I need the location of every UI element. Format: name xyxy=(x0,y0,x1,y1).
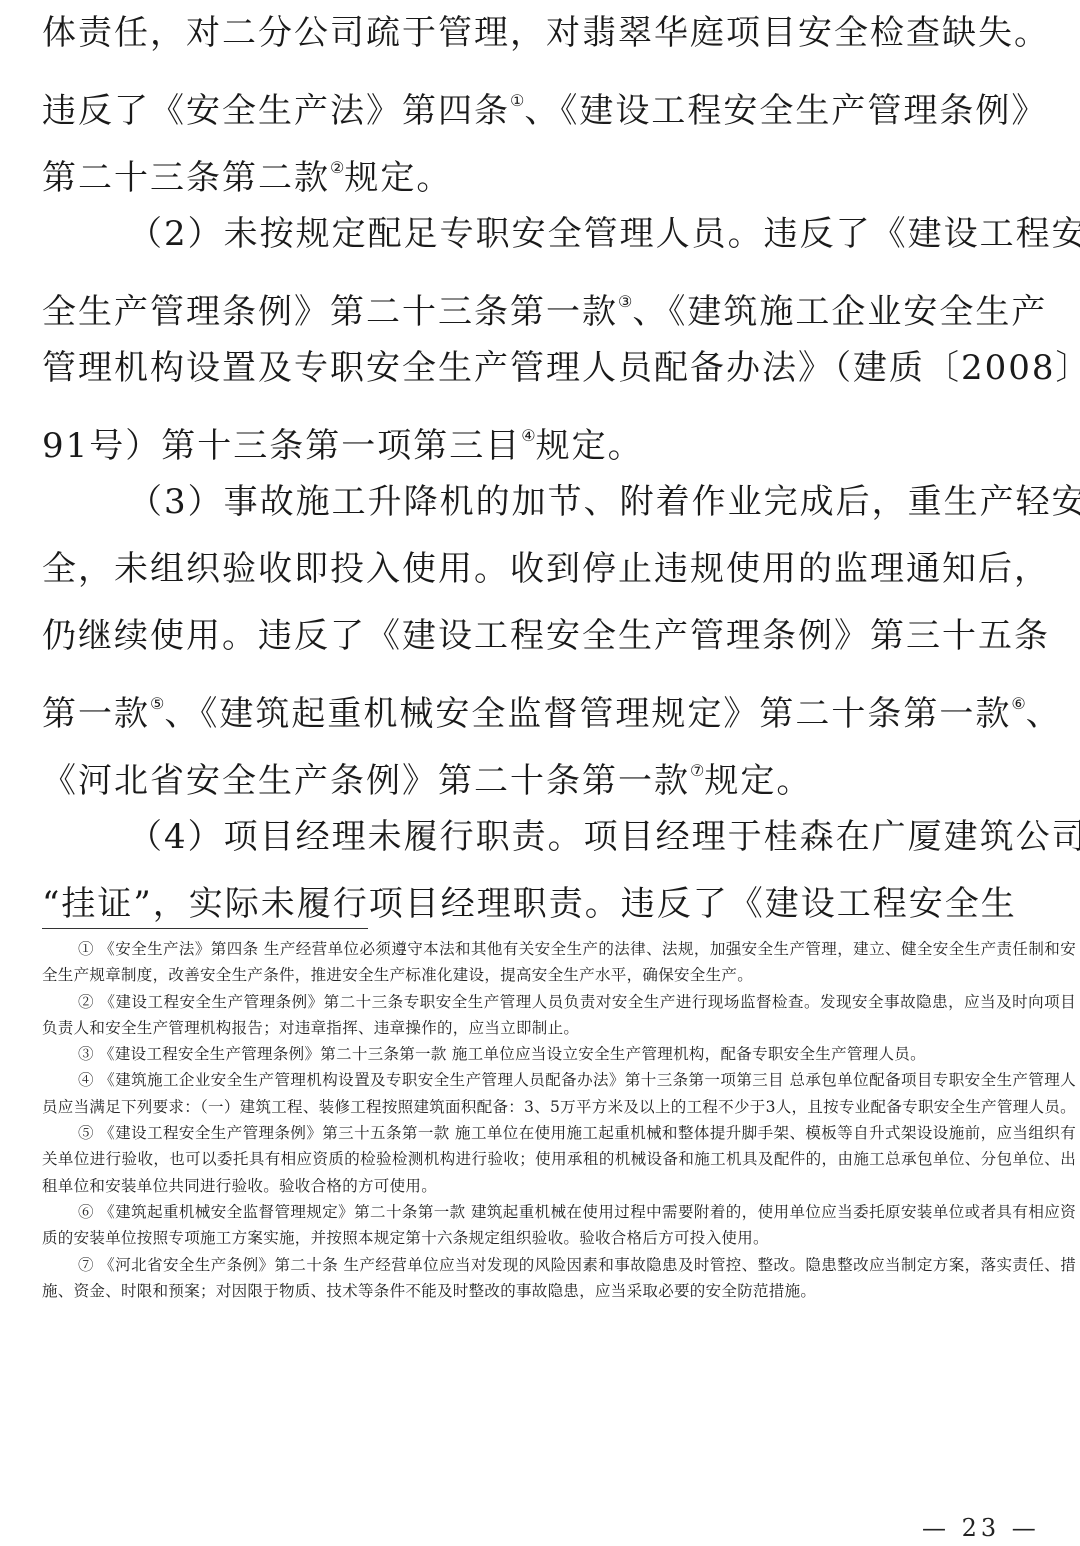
footnote-text: 《河北省安全生产条例》第二十条 生产经营单位应当对发现的风险因素和事故隐患及时管… xyxy=(42,1256,1076,1300)
footnote-marker: ③ xyxy=(78,1045,94,1063)
line-text: 违反了《安全生产法》第四条 xyxy=(42,91,510,131)
line-text: 、《建筑施工企业安全生产 xyxy=(632,292,1047,332)
footnote-1: ① 《安全生产法》第四条 生产经营单位必须遵守本法和其他有关安全生产的法律、法规… xyxy=(42,936,1076,989)
line-text: 全生产管理条例》第二十三条第一款 xyxy=(42,292,618,332)
line-text: （2）未按规定配足专职安全管理人员。违反了《建设工程安 xyxy=(128,214,1080,254)
body-line: 第二十三条第二款②规定。 xyxy=(42,134,1080,201)
body-line: 第一款⑤、《建筑起重机械安全监督管理规定》第二十条第一款⑥、 xyxy=(42,670,1080,737)
line-text: 体责任，对二分公司疏于管理，对翡翠华庭项目安全检查缺失。 xyxy=(42,13,1050,53)
footnote-ref: ④ xyxy=(521,426,535,445)
line-text: 、《建筑起重机械安全监督管理规定》第二十条第一款 xyxy=(164,694,1011,734)
footnote-6: ⑥ 《建筑起重机械安全监督管理规定》第二十条第一款 建筑起重机械在使用过程中需要… xyxy=(42,1199,1076,1252)
footnote-7: ⑦ 《河北省安全生产条例》第二十条 生产经营单位应当对发现的风险因素和事故隐患及… xyxy=(42,1252,1076,1305)
footnote-text: 《建设工程安全生产管理条例》第二十三条专职安全生产管理人员负责对安全生产进行现场… xyxy=(42,993,1076,1037)
footnote-text: 《建筑起重机械安全监督管理规定》第二十条第一款 建筑起重机械在使用过程中需要附着… xyxy=(42,1203,1076,1247)
page-number: — 23 — xyxy=(922,1514,1040,1542)
line-text: 第一款 xyxy=(42,694,150,734)
footnote-3: ③ 《建设工程安全生产管理条例》第二十三条第一款 施工单位应当设立安全生产管理机… xyxy=(42,1041,1076,1067)
body-line: （4）项目经理未履行职责。项目经理于桂森在广厦建筑公司 xyxy=(42,804,1080,871)
footnote-marker: ⑤ xyxy=(78,1124,94,1142)
body-line: 全，未组织验收即投入使用。收到停止违规使用的监理通知后， xyxy=(42,536,1080,603)
footnote-4: ④ 《建筑施工企业安全生产管理机构设置及专职安全生产管理人员配备办法》第十三条第… xyxy=(42,1067,1076,1120)
body-line: 91号）第十三条第一项第三目④规定。 xyxy=(42,402,1080,469)
footnote-text: 《建筑施工企业安全生产管理机构设置及专职安全生产管理人员配备办法》第十三条第一项… xyxy=(42,1071,1076,1115)
line-text: 仍继续使用。违反了《建设工程安全生产管理条例》第三十五条 xyxy=(42,616,1050,656)
body-line: 《河北省安全生产条例》第二十条第一款⑦规定。 xyxy=(42,737,1080,804)
footnote-2: ② 《建设工程安全生产管理条例》第二十三条专职安全生产管理人员负责对安全生产进行… xyxy=(42,989,1076,1042)
line-text: 、《建设工程安全生产管理条例》 xyxy=(524,91,1047,131)
line-text: 第二十三条第二款 xyxy=(42,158,330,198)
footnote-ref: ⑤ xyxy=(150,694,164,713)
footnote-text: 《建设工程安全生产管理条例》第三十五条第一款 施工单位在使用施工起重机械和整体提… xyxy=(42,1124,1076,1195)
document-page: 体责任，对二分公司疏于管理，对翡翠华庭项目安全检查缺失。 违反了《安全生产法》第… xyxy=(0,0,1080,1546)
body-line: 管理机构设置及专职安全生产管理人员配备办法》（建质〔2008〕 xyxy=(42,335,1080,402)
line-text: 规定。 xyxy=(536,426,644,466)
line-text: 全，未组织验收即投入使用。收到停止违规使用的监理通知后， xyxy=(42,549,1050,589)
line-text: 、 xyxy=(1026,694,1062,734)
footnote-ref: ② xyxy=(330,158,344,177)
body-line: 仍继续使用。违反了《建设工程安全生产管理条例》第三十五条 xyxy=(42,603,1080,670)
line-text: 规定。 xyxy=(704,761,812,801)
footnote-ref: ① xyxy=(510,91,524,110)
footnote-marker: ② xyxy=(78,993,94,1011)
footnote-marker: ⑦ xyxy=(78,1256,94,1274)
body-line: （2）未按规定配足专职安全管理人员。违反了《建设工程安 xyxy=(42,201,1080,268)
footnote-ref: ⑦ xyxy=(690,761,704,780)
footnotes: ① 《安全生产法》第四条 生产经营单位必须遵守本法和其他有关安全生产的法律、法规… xyxy=(42,936,1076,1304)
line-text: （4）项目经理未履行职责。项目经理于桂森在广厦建筑公司 xyxy=(128,817,1080,857)
body-line: （3）事故施工升降机的加节、附着作业完成后，重生产轻安 xyxy=(42,469,1080,536)
body-line: 体责任，对二分公司疏于管理，对翡翠华庭项目安全检查缺失。 xyxy=(42,0,1080,67)
footnote-marker: ⑥ xyxy=(78,1203,94,1221)
footnote-ref: ⑥ xyxy=(1011,694,1025,713)
footnote-marker: ① xyxy=(78,940,94,958)
footnote-marker: ④ xyxy=(78,1071,94,1089)
footnote-ref: ③ xyxy=(618,292,632,311)
body-text: 体责任，对二分公司疏于管理，对翡翠华庭项目安全检查缺失。 违反了《安全生产法》第… xyxy=(42,0,1080,938)
footnote-separator xyxy=(42,928,368,929)
line-text: 《河北省安全生产条例》第二十条第一款 xyxy=(42,761,690,801)
line-text: （3）事故施工升降机的加节、附着作业完成后，重生产轻安 xyxy=(128,482,1080,522)
footnote-text: 《建设工程安全生产管理条例》第二十三条第一款 施工单位应当设立安全生产管理机构，… xyxy=(99,1045,926,1063)
line-text: 规定。 xyxy=(344,158,452,198)
body-line: 违反了《安全生产法》第四条①、《建设工程安全生产管理条例》 xyxy=(42,67,1080,134)
line-text: 管理机构设置及专职安全生产管理人员配备办法》（建质〔2008〕 xyxy=(42,348,1080,388)
footnote-5: ⑤ 《建设工程安全生产管理条例》第三十五条第一款 施工单位在使用施工起重机械和整… xyxy=(42,1120,1076,1199)
line-text: “挂证”，实际未履行项目经理职责。违反了《建设工程安全生 xyxy=(42,884,1017,924)
line-text: 91号）第十三条第一项第三目 xyxy=(42,426,521,466)
body-line: 全生产管理条例》第二十三条第一款③、《建筑施工企业安全生产 xyxy=(42,268,1080,335)
footnote-text: 《安全生产法》第四条 生产经营单位必须遵守本法和其他有关安全生产的法律、法规，加… xyxy=(42,940,1076,984)
